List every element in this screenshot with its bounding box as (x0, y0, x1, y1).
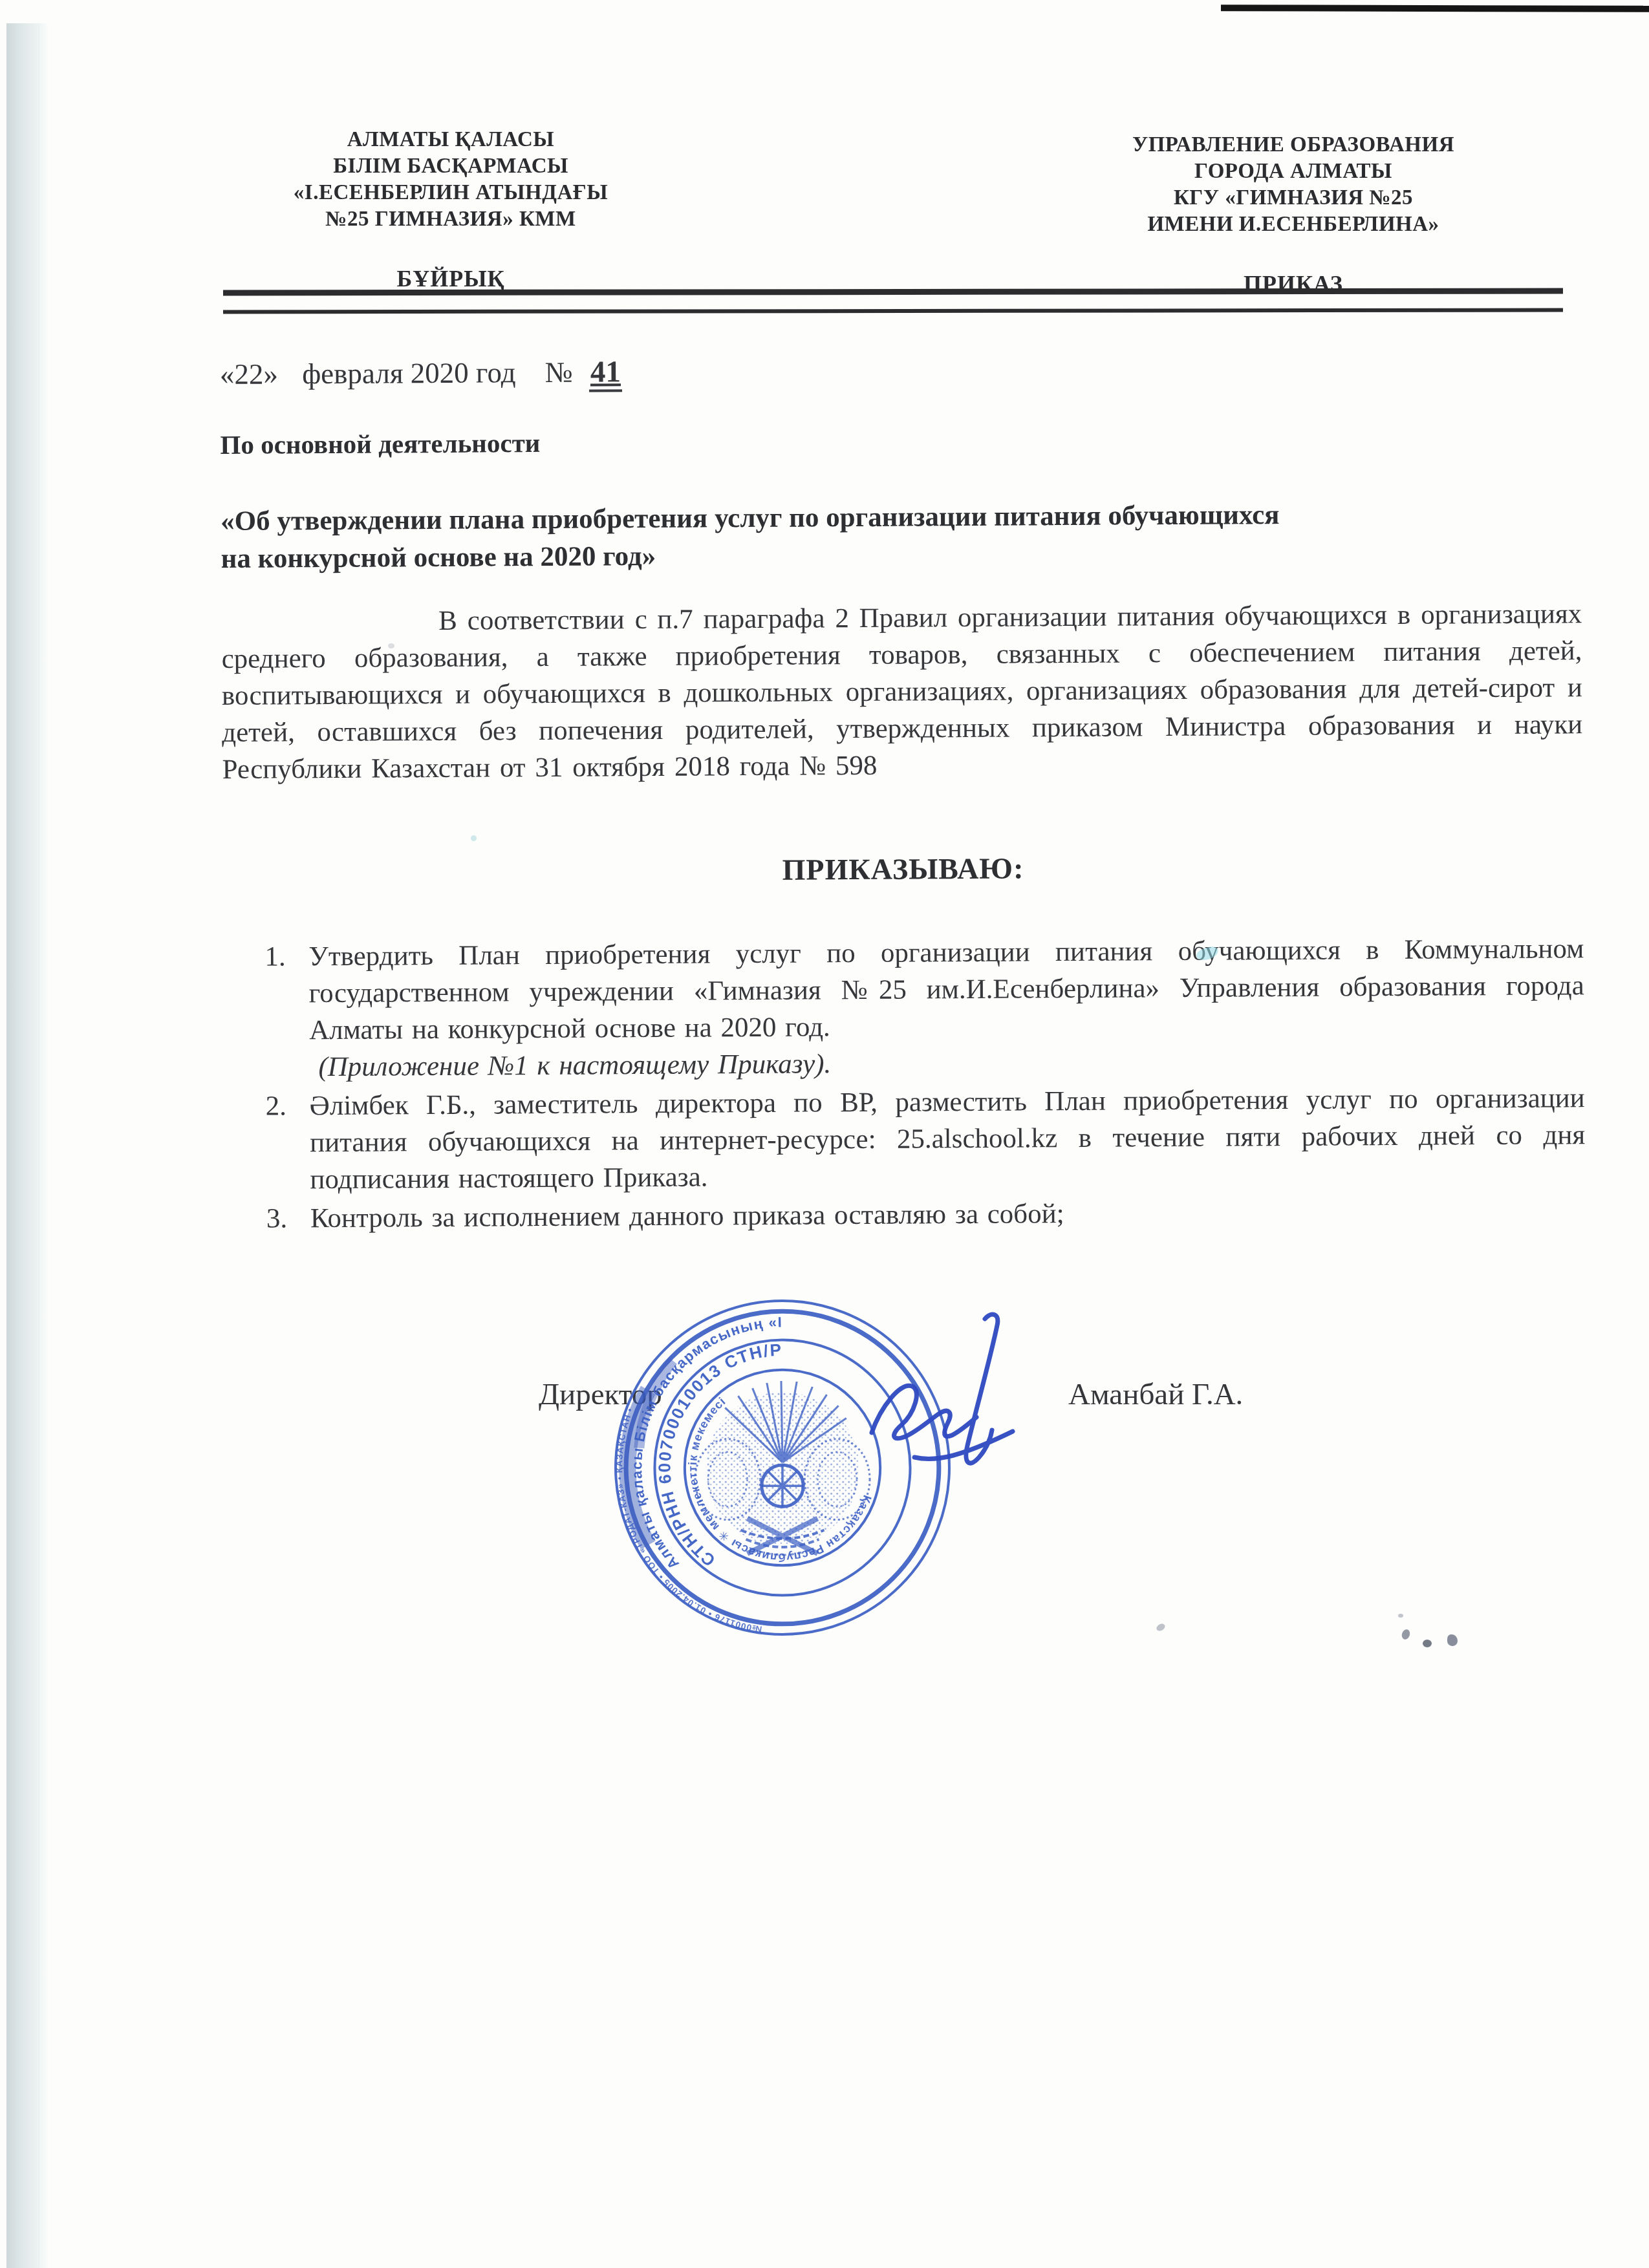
scan-speck (1398, 1614, 1403, 1618)
letterhead-kazakh-line: АЛМАТЫ ҚАЛАСЫ (253, 127, 648, 153)
order-date-line: «22» февраля 2020 год № 41 (220, 354, 622, 392)
scan-speck (1155, 1622, 1166, 1632)
signature-scribble (852, 1310, 1046, 1491)
activity-type-line: По основной деятельности (220, 427, 540, 460)
letterhead-russian: УПРАВЛЕНИЕ ОБРАЗОВАНИЯ ГОРОДА АЛМАТЫ КГУ… (1086, 132, 1500, 297)
order-item-text: Әлімбек Г.Б., заместитель директора по В… (310, 1083, 1586, 1195)
order-item-number: 1. (264, 938, 286, 975)
scanned-order-document: АЛМАТЫ ҚАЛАСЫ БІЛІМ БАСҚАРМАСЫ «І.ЕСЕНБЕ… (0, 0, 1649, 2268)
order-subject-line: на конкурсной основе на 2020 год» (221, 532, 1585, 578)
signer-name: Аманбай Г.А. (1068, 1377, 1243, 1412)
order-item-note: (Приложение №1 к настоящему Приказу). (309, 1041, 1584, 1086)
order-number: 41 (589, 355, 622, 392)
letterhead-kazakh-line: БІЛІМ БАСҚАРМАСЫ (253, 153, 648, 180)
order-item-text: Утвердить План приобретения услуг по орг… (308, 934, 1584, 1045)
order-number-sign: № (545, 356, 573, 389)
scan-speck (1423, 1640, 1432, 1647)
letterhead-russian-line: УПРАВЛЕНИЕ ОБРАЗОВАНИЯ (1086, 132, 1500, 158)
letterhead-kazakh: АЛМАТЫ ҚАЛАСЫ БІЛІМ БАСҚАРМАСЫ «І.ЕСЕНБЕ… (253, 127, 648, 292)
doc-type-kazakh: БҰЙРЫҚ (253, 265, 648, 292)
document-body: «22» февраля 2020 год № 41 По основной д… (0, 0, 1646, 1)
letterhead-russian-line: ГОРОДА АЛМАТЫ (1086, 158, 1500, 185)
scan-speck (1447, 1634, 1458, 1646)
scan-edge-shadow (6, 23, 39, 2268)
letterhead-kazakh-line: «І.ЕСЕНБЕРЛИН АТЫНДАҒЫ (253, 180, 648, 206)
scan-speck (471, 835, 477, 841)
order-month-year: февраля 2020 год (302, 356, 516, 390)
order-item-1: 1. Утвердить План приобретения услуг по … (308, 930, 1584, 1086)
scan-edge-shadow-fade (39, 23, 48, 2268)
preamble-paragraph: В соответствии с п.7 параграфа 2 Правил … (221, 595, 1583, 788)
order-item-2: 2. Әлімбек Г.Б., заместитель директора п… (310, 1080, 1586, 1198)
letterhead-divider-thin (223, 308, 1563, 314)
order-item-number: 2. (266, 1087, 287, 1124)
scan-top-artifact-line (1221, 5, 1649, 12)
order-item-number: 3. (266, 1200, 288, 1237)
resolution-heading: ПРИКАЗЫВАЮ: (222, 848, 1583, 890)
letterhead-kazakh-line: №25 ГИМНАЗИЯ» КММ (253, 206, 648, 233)
order-items-list: 1. Утвердить План приобретения услуг по … (308, 930, 1586, 1239)
order-day: «22» (220, 358, 278, 390)
scan-speck (388, 643, 394, 648)
letterhead-russian-line: КГУ «ГИМНАЗИЯ №25 (1086, 185, 1500, 211)
order-subject: «Об утверждении плана приобретения услуг… (221, 495, 1586, 578)
scan-speck (1401, 1628, 1412, 1640)
order-item-3: 3. Контроль за исполнением данного прика… (310, 1192, 1586, 1237)
letterhead-russian-line: ИМЕНИ И.ЕСЕНБЕРЛИНА» (1086, 211, 1500, 238)
order-item-text: Контроль за исполнением данного приказа … (310, 1199, 1064, 1234)
